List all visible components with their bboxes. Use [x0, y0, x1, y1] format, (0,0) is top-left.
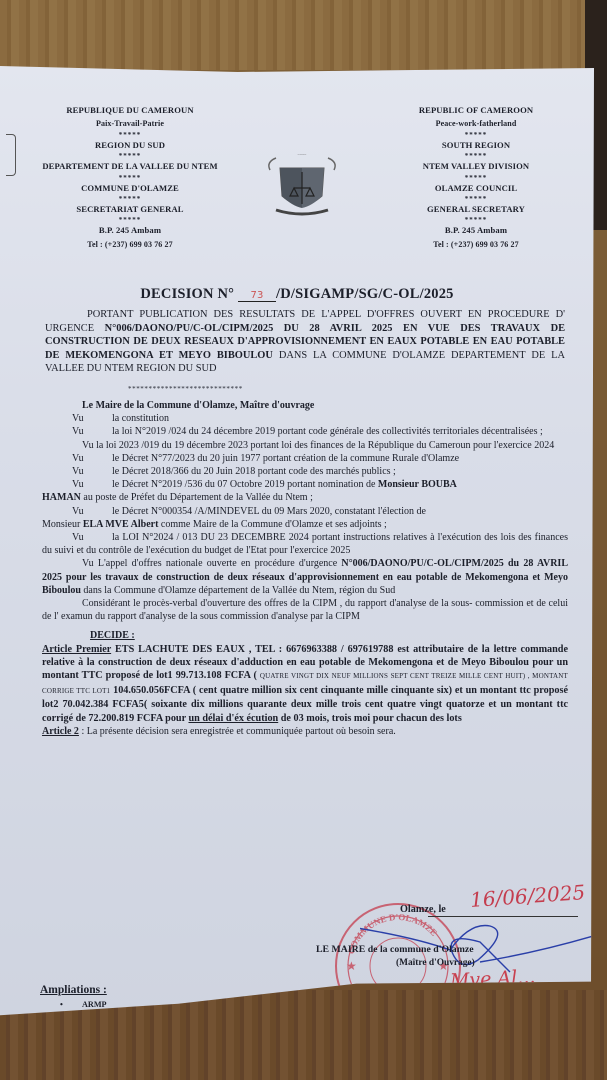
prefect-name-cont: HAMAN	[42, 492, 81, 503]
country-en: REPUBLIC OF CAMEROON	[378, 104, 574, 117]
authority: Le Maire de la Commune d'Olamze, Maître …	[42, 399, 568, 412]
vu-label: Vu	[42, 505, 112, 518]
article-1-text-end: de 03 mois, trois moi pour chacun des lo…	[278, 713, 462, 724]
vu-constitution: la constitution	[112, 413, 169, 424]
vu-law-2023: Vu la loi 2023 /019 du 19 décembre 2023 …	[42, 439, 568, 452]
tender-location: dans la Commune d'Olamze département de …	[81, 585, 395, 596]
commune-fr: COMMUNE D'OLAMZE	[20, 182, 240, 195]
article-1-label: Article Premier	[42, 644, 111, 655]
motto-en: Peace-work-fatherland	[378, 117, 574, 130]
stars: *****	[20, 195, 240, 203]
coat-of-arms-icon: ~~~~	[262, 148, 342, 226]
phone-fr: Tel : (+237) 699 03 76 27	[20, 238, 240, 251]
handwritten-name: Mve Al...	[449, 966, 535, 992]
stars: *****	[20, 216, 240, 224]
separator: ****************************	[128, 385, 243, 393]
stars: *****	[20, 131, 240, 139]
mayor-title: LE MAIRE de la commune d'Olamze	[316, 944, 474, 955]
vu-law-2024: la LOI N°2024 / 013 DU 23 DECEMBRE 2024 …	[42, 532, 568, 556]
handwritten-date: 16/06/2025	[469, 880, 586, 912]
phone-en: Tel : (+237) 699 03 76 27	[378, 238, 574, 251]
prefect-post: au poste de Préfet du Département de la …	[81, 492, 313, 503]
decision-title: DECISION N° 73/D/SIGAMP/SG/C-OL/2025	[0, 286, 594, 303]
vu-law-2019: la loi N°2019 /024 du 24 décembre 2019 p…	[112, 426, 543, 437]
vu-label: Vu	[42, 478, 112, 491]
header-left: REPUBLIQUE DU CAMEROUN Paix-Travail-Patr…	[20, 104, 240, 251]
stars: *****	[378, 195, 574, 203]
title-prefix: DECISION N°	[140, 286, 234, 302]
department-en: NTEM VALLEY DIVISION	[378, 160, 574, 173]
stars: *****	[378, 152, 574, 160]
region-en: SOUTH REGION	[378, 139, 574, 152]
vu-label: Vu	[42, 465, 112, 478]
svg-text:~~~~: ~~~~	[298, 152, 307, 157]
place-label: Olamze, le	[400, 904, 446, 915]
region-fr: REGION DU SUD	[20, 139, 240, 152]
document-page: REPUBLIQUE DU CAMEROUN Paix-Travail-Patr…	[0, 62, 594, 1020]
wood-table-top	[0, 0, 607, 70]
mayor-election: comme Maire de la Commune d'Olamze et se…	[158, 519, 386, 530]
considerant: Considérant le procès-verbal d'ouverture…	[42, 597, 568, 623]
vu-decree-77: le Décret N°77/2023 du 20 juin 1977 port…	[112, 453, 459, 464]
motto-fr: Paix-Travail-Patrie	[20, 117, 240, 130]
article-2-text: : La présente décision sera enregistrée …	[79, 726, 396, 737]
po-box-fr: B.P. 245 Ambam	[20, 224, 240, 237]
vu-decree-2019: le Décret N°2019 /536 du 07 Octobre 2019…	[112, 479, 378, 490]
decide-heading: DECIDE :	[42, 629, 568, 642]
mayor-prefix: Monsieur	[42, 519, 83, 530]
vu-label: Vu	[42, 425, 112, 438]
stars: *****	[378, 131, 574, 139]
ampliations-heading: Ampliations :	[40, 984, 153, 996]
article-2-label: Article 2	[42, 726, 79, 737]
mayor-subtitle: (Maître d'Ouvrage)	[396, 958, 475, 968]
mayor-name: ELA MVE Albert	[83, 519, 159, 530]
vu-label: Vu	[42, 412, 112, 425]
vu-decree-2018: le Décret 2018/366 du 20 Juin 2018 porta…	[112, 466, 396, 477]
header-right: REPUBLIC OF CAMEROON Peace-work-fatherla…	[378, 104, 574, 251]
date-line	[428, 916, 578, 917]
prefect-name: Monsieur BOUBA	[378, 479, 457, 490]
title-suffix: /D/SIGAMP/SG/C-OL/2025	[276, 286, 454, 302]
vu-label: Vu	[42, 531, 112, 544]
stars: *****	[20, 152, 240, 160]
decision-body: Le Maire de la Commune d'Olamze, Maître …	[42, 399, 568, 738]
commune-en: OLAMZE COUNCIL	[378, 182, 574, 195]
stars: *****	[378, 216, 574, 224]
decision-object: PORTANT PUBLICATION DES RESULTATS DE L'A…	[45, 308, 565, 376]
vu-decree-000354: le Décret N°000354 /A/MINDEVEL du 09 Mar…	[112, 506, 426, 517]
stars: *****	[378, 174, 574, 182]
office-en: GENERAL SECRETARY	[378, 203, 574, 216]
office-fr: SECRETARIAT GENERAL	[20, 203, 240, 216]
decision-number-handwritten: 73	[238, 290, 276, 302]
binder-mark	[6, 134, 16, 176]
stars: *****	[20, 174, 240, 182]
vu-tender: Vu L'appel d'offres nationale ouverte en…	[82, 558, 341, 569]
country-fr: REPUBLIQUE DU CAMEROUN	[20, 104, 240, 117]
po-box-en: B.P. 245 Ambam	[378, 224, 574, 237]
vu-label: Vu	[42, 452, 112, 465]
department-fr: DEPARTEMENT DE LA VALLEE DU NTEM	[20, 160, 240, 173]
article-1-delay: un délai d'éx écution	[188, 713, 278, 724]
